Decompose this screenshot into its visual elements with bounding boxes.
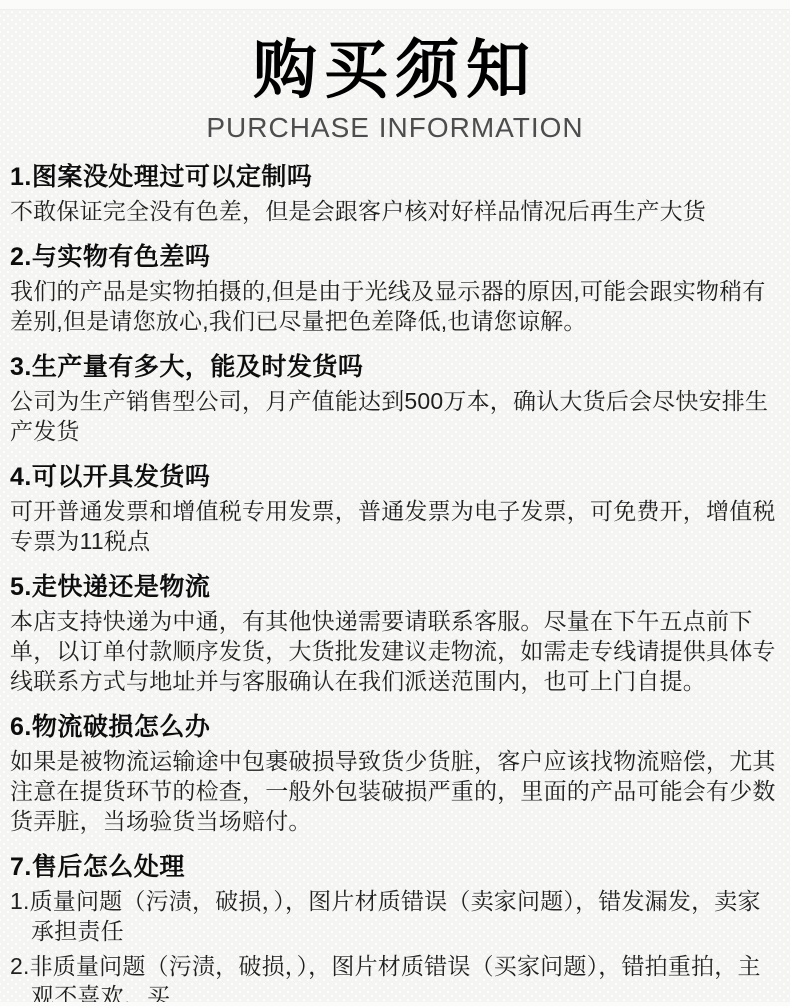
faq-answer-item: 2.非质量问题（污渍，破损，），图片材质错误（买家问题），错拍重拍，主观不喜欢，… — [10, 951, 780, 1006]
faq-section-invoice: 4.可以开具发货吗 可开普通发票和增值税专用发票，普通发票为电子发票，可免费开，… — [10, 462, 780, 556]
faq-answer: 公司为生产销售型公司，月产值能达到500万本，确认大货后会尽快安排生产发货 — [10, 386, 780, 446]
page-subtitle: PURCHASE INFORMATION — [0, 112, 790, 144]
faq-question: 6.物流破损怎么办 — [10, 712, 780, 743]
page-title: 购买须知 — [0, 34, 790, 106]
faq-question: 2.与实物有色差吗 — [10, 242, 780, 273]
faq-question: 1.图案没处理过可以定制吗 — [10, 162, 780, 193]
top-divider — [0, 0, 790, 10]
faq-question: 5.走快递还是物流 — [10, 572, 780, 603]
faq-answer: 不敢保证完全没有色差，但是会跟客户核对好样品情况后再生产大货 — [10, 196, 780, 226]
faq-answer: 我们的产品是实物拍摄的,但是由于光线及显示器的原因,可能会跟实物稍有差别,但是请… — [10, 276, 780, 336]
faq-section-after-sales: 7.售后怎么处理 1.质量问题（污渍，破损，），图片材质错误（卖家问题），错发漏… — [10, 852, 780, 1006]
faq-answer: 本店支持快递为中通，有其他快递需要请联系客服。尽量在下午五点前下单，以订单付款顺… — [10, 606, 780, 696]
bottom-divider — [0, 1002, 790, 1006]
faq-question: 4.可以开具发货吗 — [10, 462, 780, 493]
faq-section-production-capacity: 3.生产量有多大，能及时发货吗 公司为生产销售型公司，月产值能达到500万本，确… — [10, 352, 780, 446]
faq-question: 7.售后怎么处理 — [10, 852, 780, 883]
header: 购买须知 PURCHASE INFORMATION — [0, 10, 790, 144]
purchase-information-page: 购买须知 PURCHASE INFORMATION 1.图案没处理过可以定制吗 … — [0, 0, 790, 1006]
faq-section-shipping-method: 5.走快递还是物流 本店支持快递为中通，有其他快递需要请联系客服。尽量在下午五点… — [10, 572, 780, 696]
faq-answer-item: 1.质量问题（污渍，破损，），图片材质错误（卖家问题），错发漏发，卖家承担责任 — [10, 886, 780, 946]
faq-list: 1.图案没处理过可以定制吗 不敢保证完全没有色差，但是会跟客户核对好样品情况后再… — [0, 144, 790, 1006]
faq-section-color-difference: 2.与实物有色差吗 我们的产品是实物拍摄的,但是由于光线及显示器的原因,可能会跟… — [10, 242, 780, 336]
faq-section-custom-pattern: 1.图案没处理过可以定制吗 不敢保证完全没有色差，但是会跟客户核对好样品情况后再… — [10, 162, 780, 226]
faq-question: 3.生产量有多大，能及时发货吗 — [10, 352, 780, 383]
faq-answer: 如果是被物流运输途中包裹破损导致货少货脏，客户应该找物流赔偿，尤其注意在提货环节… — [10, 746, 780, 836]
faq-answer: 可开普通发票和增值税专用发票，普通发票为电子发票，可免费开，增值税专票为11税点 — [10, 496, 780, 556]
faq-section-logistics-damage: 6.物流破损怎么办 如果是被物流运输途中包裹破损导致货少货脏，客户应该找物流赔偿… — [10, 712, 780, 836]
